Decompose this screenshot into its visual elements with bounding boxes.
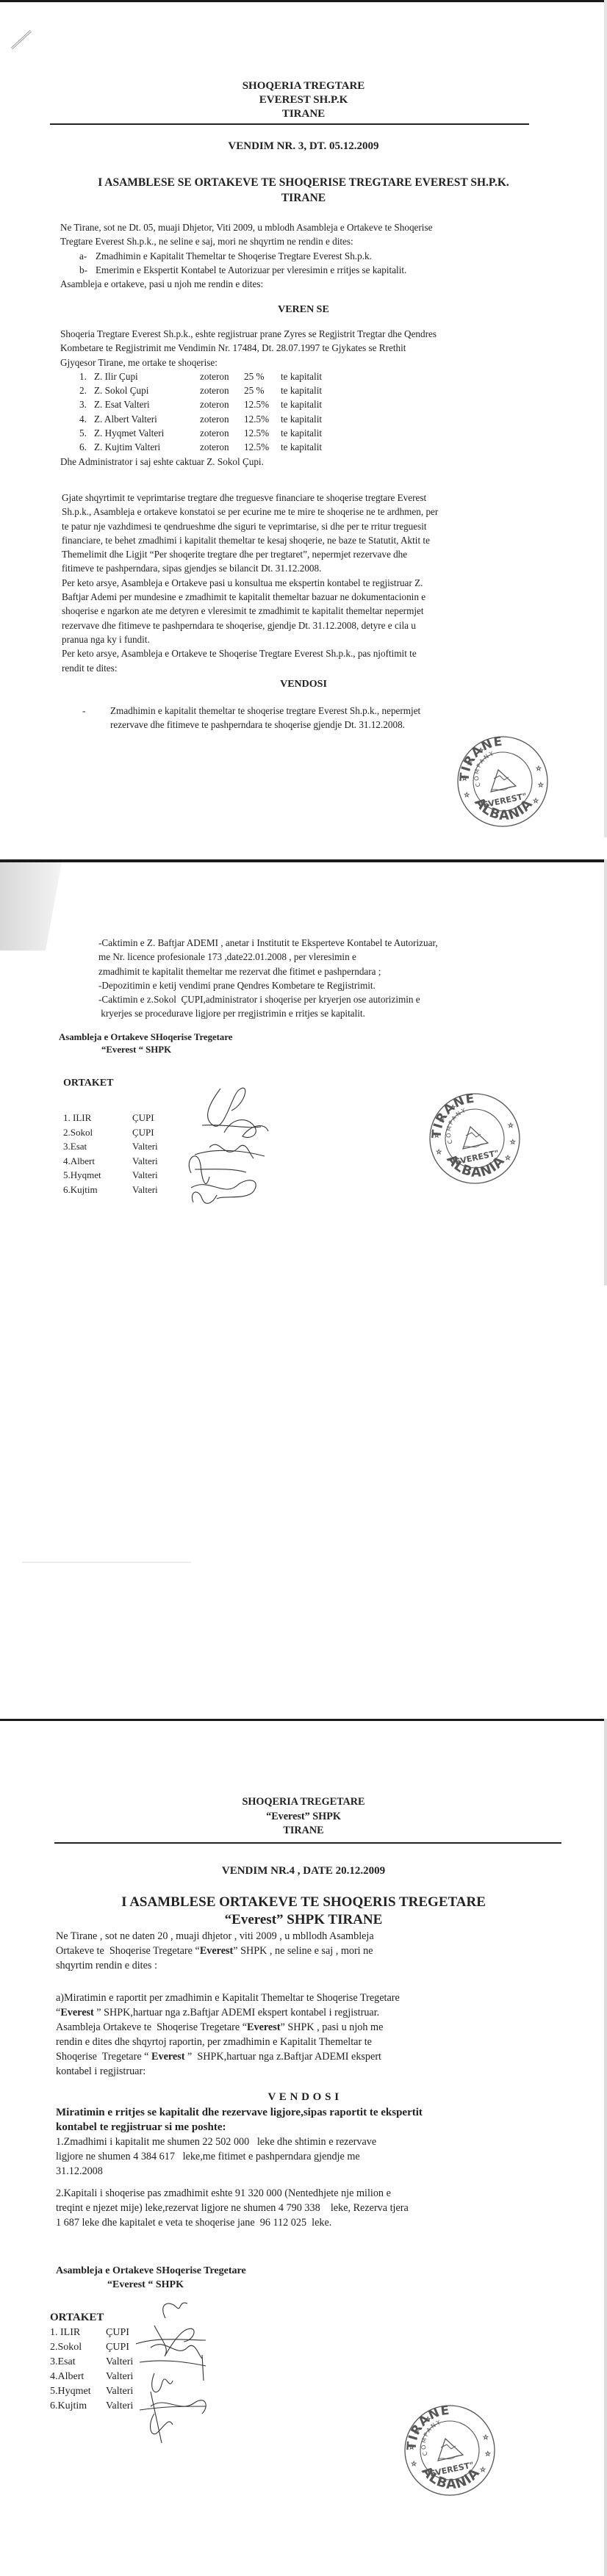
shareholder-share: 12.5% [244,440,281,454]
company-header-line: SHOQERIA TREGETARE [0,1795,607,1810]
partner-row: 1. ILIRÇUPI [50,2326,133,2340]
decision-line: -Caktimin e Z. Baftjar ADEMI , anetar i … [98,936,569,950]
shareholder-share: 25 % [244,383,281,397]
signatures-icon [180,1074,276,1210]
shareholder-suffix: te kapitalit [281,426,347,440]
svg-text:☆: ☆ [483,2434,489,2441]
agenda-item: a- Zmadhimin e Kapitalit Themeltar te Sh… [60,249,560,263]
partner-row: 4.AlbertValteri [50,2370,133,2384]
shareholder-num: 2. [79,383,94,397]
approval-line: Miratimin e rritjes se kapitalit dhe rez… [56,2105,570,2120]
shareholder-verb: zoteron [200,426,238,440]
agenda-line: rendin e dites dhe shqyrtoj raportin, pe… [56,2035,563,2049]
registration-line: Gjyqesor Tirane, me ortake te shoqerise: [60,356,560,369]
scan-edge-right [604,859,607,1285]
partner-last-name: Valteri [132,1168,158,1183]
shareholder-num: 5. [79,426,94,440]
review-line: Per keto arsye, Asambleja e Ortakeve pas… [62,576,561,590]
company-header: SHOQERIA TREGETARE “Everest” SHPK TIRANE [0,1795,607,1839]
company-header-line: TIRANE [0,107,607,121]
shareholder-num: 3. [79,397,94,411]
scan-edge-top [0,1719,607,1721]
shareholder-list: 1.Z. Ilir Çupizoteron25 %te kapitalit2.Z… [60,369,560,455]
assembly-title: I ASAMBLESE ORTAKEVE TE SHOQERIS TREGETA… [0,1894,607,1929]
decision-marker: - [82,704,110,732]
agenda-line: kontabel i regjistruar: [56,2064,563,2079]
svg-text:☆: ☆ [425,2415,431,2422]
partner-row: 3.EsatValteri [63,1139,158,1154]
after-agenda-line: Asambleja e ortakeve, pasi u njoh me ren… [60,277,560,291]
svg-text:☆: ☆ [508,1122,514,1129]
signature-title-line: Asambleja e Ortakeve SHoqerise Tregetare [59,1031,232,1044]
partner-last-name: ÇUPI [106,2326,129,2340]
partner-first-name: 6.Kujtim [50,2399,106,2414]
shareholder-verb: zoteron [200,397,238,411]
decision-line: Zmadhimin e kapitalit themeltar te shoqe… [110,704,420,718]
decision-line: zmadhimit te kapitalit themeltar me reze… [98,964,569,978]
review-line: te patur nje vazhdimesi te qendrueshme d… [62,519,561,533]
scan-shadow [0,862,62,950]
shareholder-row: 5.Z. Hyqmet Valterizoteron12.5%te kapita… [60,426,560,440]
shareholder-verb: zoteron [200,383,238,397]
svg-text:☆: ☆ [450,1103,456,1111]
veren-se-heading: VEREN SE [0,303,607,317]
review-line: Baftjar Ademi per mundesine e zmadhimit … [62,590,561,604]
review-line: shoqerise e ngarkon ate me detyren e vle… [62,604,561,618]
shareholder-row: 2.Z. Sokol Çupizoteron25 %te kapitalit [60,383,560,397]
decision-text: Zmadhimin e kapitalit themeltar te shoqe… [110,704,420,732]
intro-paragraph: Ne Tirane , sot ne daten 20 , muaji dhje… [56,1929,563,1973]
partner-first-name: 5.Hyqmet [50,2384,106,2399]
review-line: financiare, te behet zmadhimi i kapitali… [62,533,561,547]
partner-row: 5.HyqmetValteri [50,2384,133,2399]
company-header-line: EVEREST SH.P.K [0,93,607,107]
partner-row: 5.HyqmetValteri [63,1168,158,1183]
registration-line: Kombetare te Regjistrimit me Vendimin Nr… [60,341,560,355]
company-header-line: “Everest” SHPK [0,1810,607,1825]
signature-title-line: “Everest “ SHPK [56,2278,246,2292]
shareholder-name: Z. Hyqmet Valteri [94,426,200,440]
shareholder-num: 6. [79,440,94,454]
intro-paragraph: Ne Tirane, sot ne Dt. 05, muaji Dhjetor,… [60,220,560,291]
partner-last-name: Valteri [132,1183,158,1197]
point-line: 1.Zmadhimi i kapitalit me shumen 22 502 … [56,2135,570,2149]
point-line: 2.Kapitali i shoqerise pas zmadhimit esh… [56,2186,570,2201]
review-line: pranua nga ky i fundit. [62,632,561,646]
svg-text:☆: ☆ [411,2460,417,2467]
review-line: Per keto arsye, Asambleja e Ortakeve te … [62,646,561,660]
shareholder-share: 12.5% [244,412,281,426]
company-stamp: TIRANE ALBANIA COMPANY "EVEREST" ☆☆☆☆☆☆☆ [403,2403,497,2497]
intro-line: Tregtare Everest Sh.p.k., ne seline e sa… [60,234,560,248]
company-header-line: TIRANE [0,1824,607,1839]
assembly-title-line: I ASAMBLESE SE ORTAKEVE TE SHOQERISE TRE… [0,175,607,190]
decision-line: rezervave dhe fitimeve te pashperndara t… [110,718,420,732]
svg-text:☆: ☆ [485,2450,491,2458]
shareholder-name: Z. Esat Valteri [94,397,200,411]
shareholder-num: 4. [79,412,94,426]
decision-line: me Nr. licence profesionale 173 ,date22.… [98,950,569,964]
svg-text:☆: ☆ [505,1154,511,1161]
svg-text:☆: ☆ [409,2443,414,2450]
signature-block-title: Asambleja e Ortakeve SHoqerise Tregetare… [56,2264,246,2292]
point-line: 31.12.2008 [56,2164,570,2179]
partner-first-name: 3.Esat [50,2355,106,2370]
agenda-paragraph: a)Miratimin e raportit per zmadhimin e K… [56,1991,563,2079]
approval-line: kontabel te regjistruar si me poshte: [56,2120,570,2135]
partner-row: 3.EsatValteri [50,2355,133,2370]
partner-first-name: 1. ILIR [50,2326,106,2340]
partner-first-name: 2.Sokol [63,1125,132,1140]
partner-row: 2.SokolÇUPI [63,1125,158,1140]
shareholder-suffix: te kapitalit [281,383,347,397]
svg-text:☆: ☆ [414,2428,420,2435]
svg-text:☆: ☆ [538,782,544,789]
review-line: Themelimit dhe Ligjit “Per shoqerite tre… [62,547,561,561]
partner-row: 4.AlbertValteri [63,1154,158,1169]
signature-block-title: Asambleja e Ortakeve SHoqerise Tregetare… [59,1031,232,1056]
point-line: ligjore ne shumen 4 384 617 leke,me fiti… [56,2149,570,2164]
assembly-title-line: I ASAMBLESE ORTAKEVE TE SHOQERIS TREGETA… [0,1894,607,1911]
shareholder-verb: zoteron [200,440,238,454]
shareholder-suffix: te kapitalit [281,440,347,454]
svg-text:☆: ☆ [434,1131,439,1139]
agenda-line: “Everest ” SHPK,hartuar nga z.Baftjar AD… [56,2005,563,2020]
vendosi-heading: V E N D O S I [0,2090,607,2104]
review-line: rezervave dhe fitimeve te pashperndara t… [62,618,561,632]
svg-text:☆: ☆ [439,1116,445,1123]
svg-text:☆: ☆ [464,791,470,798]
partner-row: 1. ILIRÇUPI [63,1111,158,1125]
partner-last-name: Valteri [132,1139,158,1154]
decision-title: VENDIM NR.4 , DATE 20.12.2009 [0,1864,607,1878]
approval-paragraph: Miratimin e rritjes se kapitalit dhe rez… [56,2105,570,2135]
vendosi-heading: VENDOSI [0,677,607,691]
svg-text:☆: ☆ [536,765,542,772]
intro-line: Ortakeve te Shoqerise Tregetare “Everest… [56,1944,563,1958]
company-stamp: TIRANE ALBANIA COMPANY "EVEREST" ☆☆☆☆☆☆☆ [456,735,550,829]
partner-last-name: Valteri [106,2384,133,2399]
agenda-marker: a- [79,249,96,263]
ortaket-heading: ORTAKET [63,1078,113,1089]
partner-first-name: 4.Albert [63,1154,132,1169]
point1-paragraph: 1.Zmadhimi i kapitalit me shumen 22 502 … [56,2135,570,2179]
svg-text:☆: ☆ [478,746,484,754]
partner-first-name: 3.Esat [63,1139,132,1154]
partner-first-name: 1. ILIR [63,1111,132,1125]
point-line: treqint e njezet mije) leke,rezervat lig… [56,2201,570,2215]
review-paragraph: Gjate shqyrtimit te veprimtarise tregtar… [62,491,561,675]
review-line: rendit te dites: [62,661,561,675]
decision-line: kryerjes se procedurave ligjore per rreg… [98,1006,569,1020]
svg-text:☆: ☆ [436,1148,442,1155]
page2-decision-lines: -Caktimin e Z. Baftjar ADEMI , anetar i … [98,936,569,1021]
decision-line: -Depozitimin e ketij vendimi prane Qendr… [98,978,569,992]
svg-text:☆: ☆ [467,759,473,766]
partner-list: 1. ILIRÇUPI2.SokolÇUPI3.EsatValteri4.Alb… [50,2326,133,2414]
agenda-text: Zmadhimin e Kapitalit Themeltar te Shoqe… [96,249,372,263]
partner-last-name: Valteri [106,2370,133,2384]
shareholder-row: 6.Z. Kujtim Valterizoteron12.5%te kapita… [60,440,560,454]
assembly-title: I ASAMBLESE SE ORTAKEVE TE SHOQERISE TRE… [0,175,607,206]
assembly-title-line: TIRANE [0,190,607,206]
partner-last-name: ÇUPI [132,1125,154,1140]
shareholder-name: Z. Sokol Çupi [94,383,200,397]
ortaket-heading: ORTAKET [50,2312,104,2324]
svg-text:☆: ☆ [533,797,539,804]
shareholder-share: 12.5% [244,397,281,411]
scan-edge-right [604,0,607,837]
shareholder-num: 1. [79,369,94,383]
svg-text:☆: ☆ [510,1139,516,1146]
partner-row: 6.KujtimValteri [63,1183,158,1197]
agenda-text: Emerimin e Ekspertit Kontabel te Autoriz… [96,263,406,277]
shareholder-row: 3.Z. Esat Valterizoteron12.5%te kapitali… [60,397,560,411]
company-header: SHOQERIA TREGTARE EVEREST SH.P.K TIRANE [0,79,607,121]
review-line: Gjate shqyrtimit te veprimtarise tregtar… [62,491,561,505]
partner-first-name: 5.Hyqmet [63,1168,132,1183]
assembly-title-line: “Everest” SHPK TIRANE [0,1911,607,1929]
review-line: fitimeve te pashperndara, sipas gjendjes… [62,561,561,575]
shareholder-suffix: te kapitalit [281,412,347,426]
registration-line: Shoqeria Tregtare Everest Sh.p.k., eshte… [60,327,560,341]
registration-paragraph: Shoqeria Tregtare Everest Sh.p.k., eshte… [60,327,560,469]
agenda-line: a)Miratimin e raportit per zmadhimin e K… [56,1991,563,2005]
partner-last-name: ÇUPI [106,2340,129,2355]
review-line: Sh.p.k., Asambleja e ortakeve konstatoi … [62,505,561,519]
shareholder-suffix: te kapitalit [281,397,347,411]
scan-edge-right [604,1719,607,2576]
shareholder-row: 4.Z. Albert Valterizoteron12.5%te kapita… [60,412,560,426]
shareholder-name: Z. Albert Valteri [94,412,200,426]
shareholder-row: 1.Z. Ilir Çupizoteron25 %te kapitalit [60,369,560,383]
shareholder-verb: zoteron [200,369,238,383]
intro-line: Ne Tirane, sot ne Dt. 05, muaji Dhjetor,… [60,220,560,234]
agenda-marker: b- [79,263,96,277]
decision-line: -Caktimin e z.Sokol ÇUPI,administrator i… [98,992,569,1006]
signatures-icon [136,2296,217,2443]
agenda-line: Asambleja Ortakeve te Shoqerise Tregetar… [56,2020,563,2035]
partner-list: 1. ILIRÇUPI2.SokolÇUPI3.EsatValteri4.Alb… [63,1111,158,1197]
partner-row: 2.SokolÇUPI [50,2340,133,2355]
header-rule [50,123,529,125]
partner-last-name: ÇUPI [132,1111,154,1125]
partner-last-name: Valteri [106,2355,133,2370]
shareholder-verb: zoteron [200,412,238,426]
point2-paragraph: 2.Kapitali i shoqerise pas zmadhimit esh… [56,2186,570,2230]
svg-text:☆: ☆ [461,774,467,782]
intro-line: Ne Tirane , sot ne daten 20 , muaji dhje… [56,1929,563,1944]
company-header-line: SHOQERIA TREGTARE [0,79,607,93]
intro-line: shqyrtim rendin e dites : [56,1958,563,1973]
decision-item: - Zmadhimin e kapitalit themeltar te sho… [82,704,523,732]
partner-first-name: 4.Albert [50,2370,106,2384]
agenda-line: Shoqerise Tregetare “ Everest ” SHPK,har… [56,2049,563,2064]
signature-title-line: Asambleja e Ortakeve SHoqerise Tregetare [56,2264,246,2278]
agenda-item: b- Emerimin e Ekspertit Kontabel te Auto… [60,263,560,277]
scan-streak [22,1562,191,1563]
administrator-line: Dhe Administrator i saj eshte caktuar Z.… [60,455,560,469]
svg-text:☆: ☆ [480,2466,486,2473]
shareholder-share: 12.5% [244,426,281,440]
shareholder-suffix: te kapitalit [281,369,347,383]
partner-last-name: Valteri [132,1154,158,1169]
partner-first-name: 2.Sokol [50,2340,106,2355]
partner-last-name: Valteri [106,2399,133,2414]
point-line: 1 687 leke dhe kapitalet e veta te shoqe… [56,2215,570,2230]
scan-edge-top [0,859,607,862]
decision-title: VENDIM NR. 3, DT. 05.12.2009 [0,140,607,154]
shareholder-share: 25 % [244,369,281,383]
partner-first-name: 6.Kujtim [63,1183,132,1197]
scan-edge-top [0,0,607,2]
partner-row: 6.KujtimValteri [50,2399,133,2414]
company-stamp: TIRANE ALBANIA COMPANY "EVEREST" ☆☆☆☆☆☆☆ [428,1092,522,1186]
pencil-mark-icon [10,28,34,51]
shareholder-name: Z. Kujtim Valteri [94,440,200,454]
header-rule [54,1842,561,1844]
signature-title-line: “Everest “ SHPK [59,1044,232,1056]
shareholder-name: Z. Ilir Çupi [94,369,200,383]
